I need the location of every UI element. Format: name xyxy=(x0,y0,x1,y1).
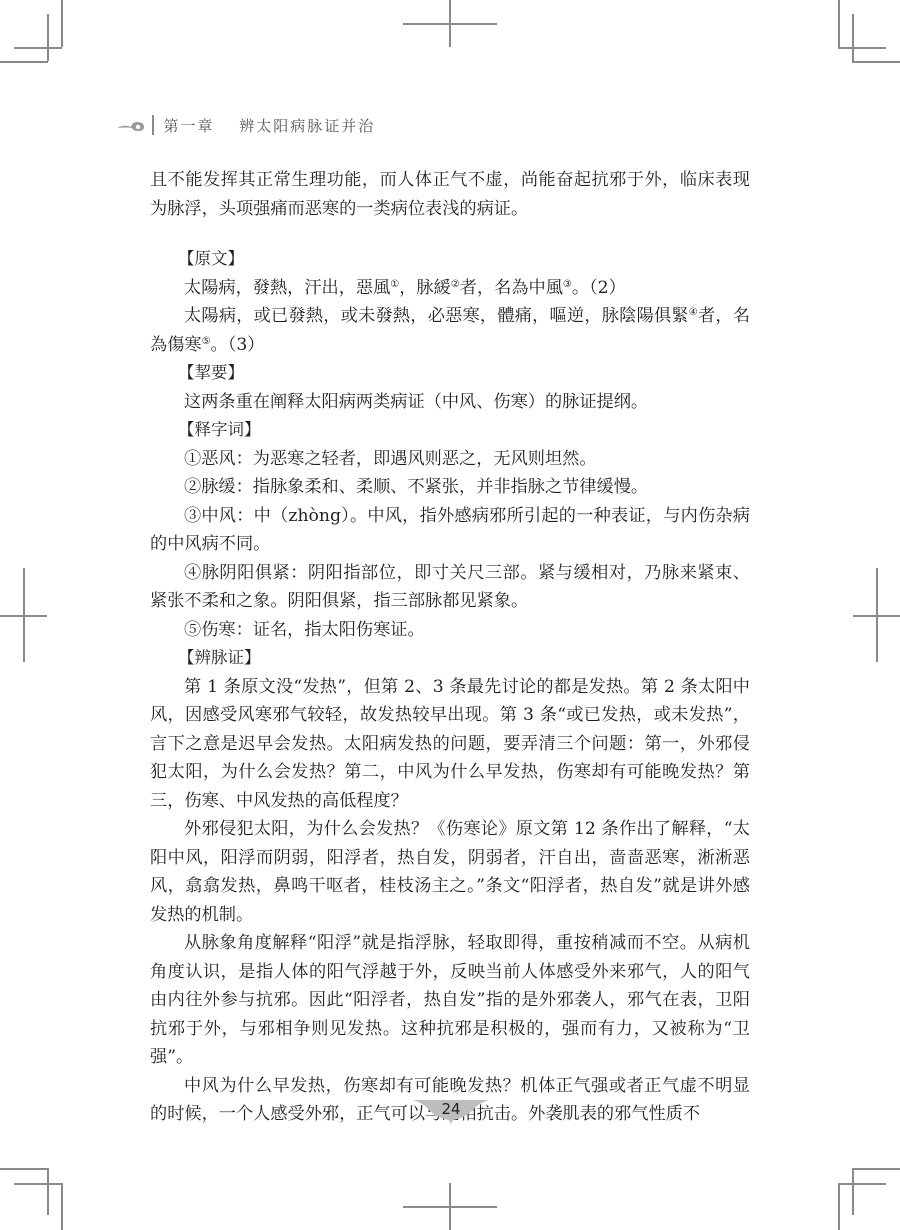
page-number-badge: 24 xyxy=(413,1098,489,1124)
footnote-ref: ① xyxy=(390,279,399,290)
original-text-3: 太陽病，或已發熱，或未發熱，必惡寒，體痛，嘔逆，脉陰陽俱緊④者，名為傷寒⑤。（3… xyxy=(150,302,750,359)
footnote-ref: ④ xyxy=(689,307,698,318)
section-heading-analysis: 【辨脉证】 xyxy=(150,644,750,673)
section-heading-summary: 【挈要】 xyxy=(150,359,750,388)
cloud-ornament-icon xyxy=(116,118,146,132)
original-text-2: 太陽病，發熱，汗出，惡風①，脉緩②者，名為中風③。（2） xyxy=(150,274,750,303)
crop-mark xyxy=(838,1183,886,1185)
page-body: 且不能发挥其正常生理功能，而人体正气不虚，尚能奋起抗邪于外，临床表现为脉浮，头项… xyxy=(150,166,750,1129)
crop-mark xyxy=(838,1183,840,1230)
registration-mark xyxy=(449,1183,451,1230)
crop-mark xyxy=(47,1168,49,1215)
crop-mark xyxy=(852,14,854,61)
chapter-title: 辨太阳病脉证并治 xyxy=(239,117,375,135)
crop-mark xyxy=(838,0,840,47)
crop-mark xyxy=(852,1168,900,1170)
analysis-paragraph: 从脉象角度解释“阳浮”就是指浮脉，轻取即得，重按稍减而不空。从病机角度认识，是指… xyxy=(150,929,750,1072)
crop-mark xyxy=(61,1183,63,1230)
crop-mark xyxy=(0,1168,48,1170)
analysis-paragraph: 第 1 条原文没“发热”，但第 2、3 条最先讨论的都是发热。第 2 条太阳中风… xyxy=(150,673,750,816)
registration-mark xyxy=(23,568,25,662)
section-heading-original: 【原文】 xyxy=(150,245,750,274)
crop-mark xyxy=(838,47,886,49)
summary-paragraph: 这两条重在阐释太阳病两类病证（中风、伤寒）的脉证提纲。 xyxy=(150,388,750,417)
glossary-item: ①恶风：为恶寒之轻者，即遇风则恶之，无风则坦然。 xyxy=(150,445,750,474)
crop-mark xyxy=(0,61,48,63)
glossary-item: ②脉缓：指脉象柔和、柔顺、不紧张，并非指脉之节律缓慢。 xyxy=(150,473,750,502)
crop-mark xyxy=(852,1168,854,1215)
footnote-ref: ② xyxy=(451,279,460,290)
crop-mark xyxy=(47,14,49,61)
crop-mark xyxy=(14,47,62,49)
intro-paragraph: 且不能发挥其正常生理功能，而人体正气不虚，尚能奋起抗邪于外，临床表现为脉浮，头项… xyxy=(150,166,750,223)
section-heading-glossary: 【释字词】 xyxy=(150,416,750,445)
crop-mark xyxy=(61,0,63,47)
glossary-item: ④脉阴阳俱紧：阴阳指部位，即寸关尺三部。紧与缓相对，乃脉来紧束、紧张不柔和之象。… xyxy=(150,559,750,616)
footnote-ref: ⑤ xyxy=(202,336,211,347)
footnote-ref: ③ xyxy=(563,279,572,290)
running-header: 第一章 辨太阳病脉证并治 xyxy=(116,114,375,136)
analysis-paragraph: 外邪侵犯太阳，为什么会发热？《伤寒论》原文第 12 条作出了解释，“太阳中风，阳… xyxy=(150,815,750,929)
glossary-item: ⑤伤寒：证名，指太阳伤寒证。 xyxy=(150,616,750,645)
page-number: 24 xyxy=(413,1100,489,1118)
header-divider xyxy=(152,115,154,135)
glossary-item: ③中风：中（zhòng）。中风，指外感病邪所引起的一种表证，与内伤杂病的中风病不… xyxy=(150,502,750,559)
crop-mark xyxy=(852,61,900,63)
chapter-number: 第一章 xyxy=(164,117,215,135)
registration-mark xyxy=(876,568,878,662)
crop-mark xyxy=(14,1183,62,1185)
registration-mark xyxy=(449,0,451,47)
